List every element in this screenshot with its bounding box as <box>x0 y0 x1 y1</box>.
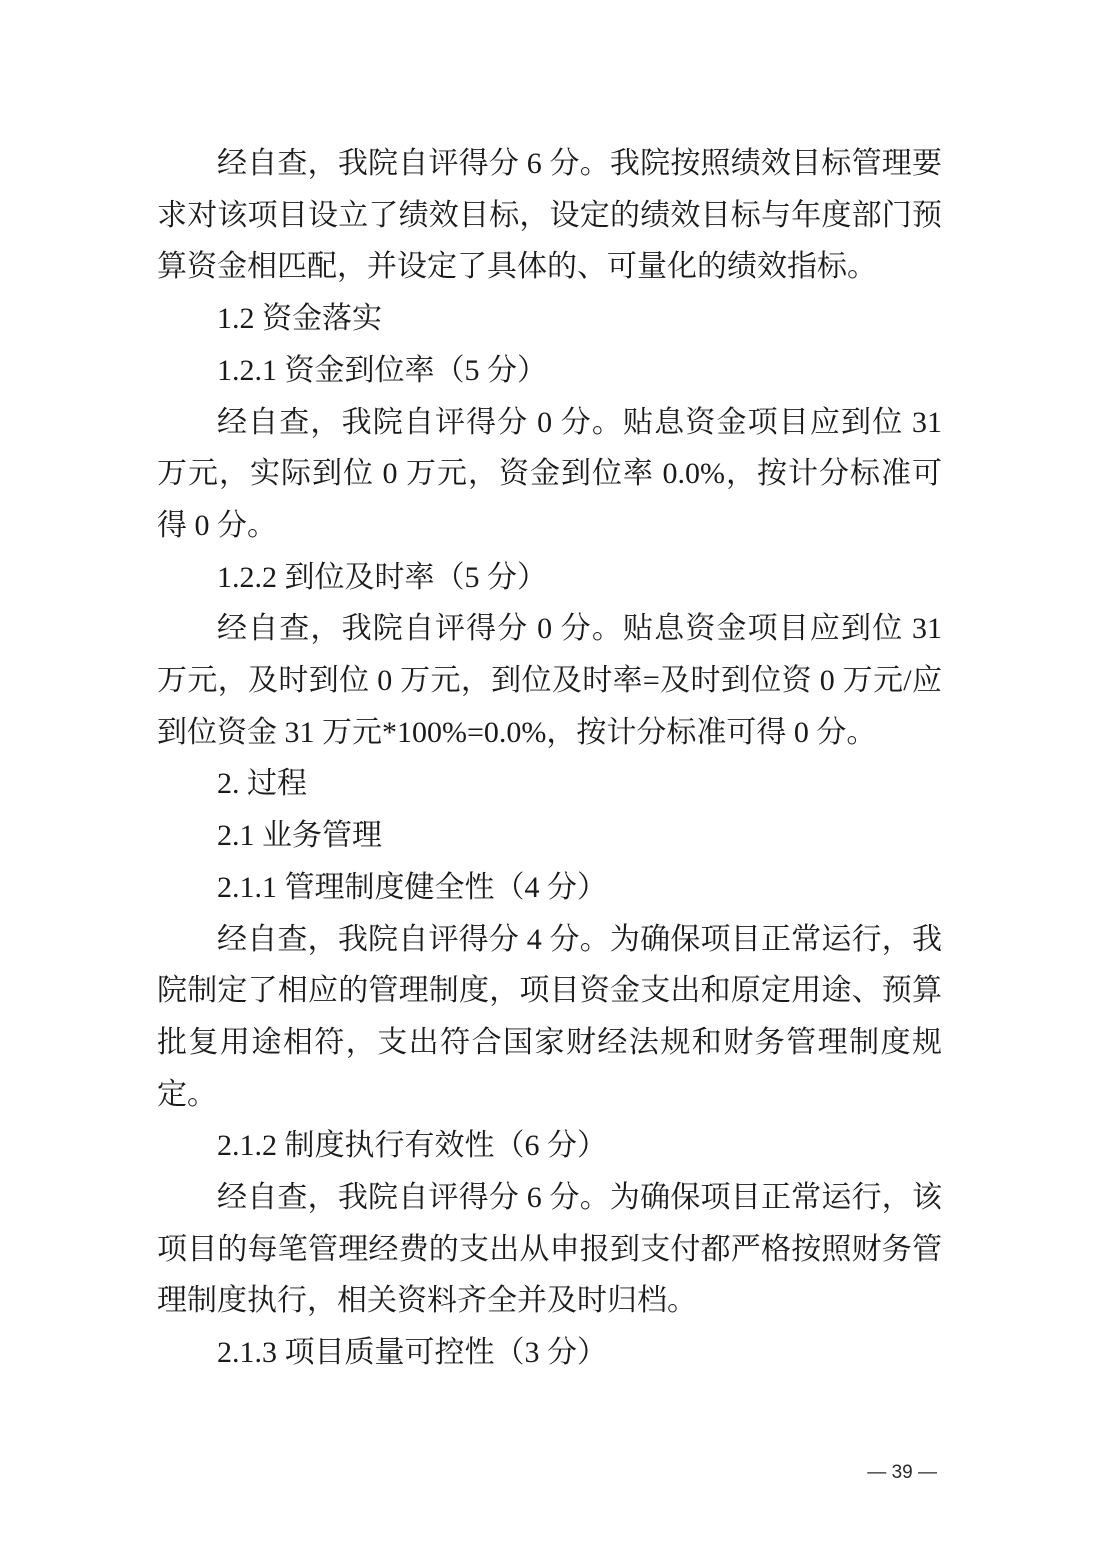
heading-2-1-1-management-system-completeness: 2.1.1 管理制度健全性（4 分） <box>157 862 942 914</box>
heading-2-1-business-management: 2.1 业务管理 <box>157 810 942 862</box>
heading-2-1-2-system-execution-effectiveness: 2.1.2 制度执行有效性（6 分） <box>157 1120 942 1172</box>
paragraph-funds-in-place-rate-self-eval: 经自查，我院自评得分 0 分。贴息资金项目应到位 31 万元，实际到位 0 万元… <box>157 397 942 552</box>
paragraph-management-system-self-eval: 经自查，我院自评得分 4 分。为确保项目正常运行，我院制定了相应的管理制度，项目… <box>157 914 942 1121</box>
heading-1-2-1-funds-in-place-rate: 1.2.1 资金到位率（5 分） <box>157 345 942 397</box>
heading-2-process: 2. 过程 <box>157 758 942 810</box>
heading-2-1-3-project-quality-controllability: 2.1.3 项目质量可控性（3 分） <box>157 1327 942 1379</box>
paragraph-timeliness-rate-self-eval: 经自查，我院自评得分 0 分。贴息资金项目应到位 31 万元，及时到位 0 万元… <box>157 603 942 758</box>
paragraph-performance-target-self-eval: 经自查，我院自评得分 6 分。我院按照绩效目标管理要求对该项目设立了绩效目标，设… <box>157 138 942 293</box>
document-page: 经自查，我院自评得分 6 分。我院按照绩效目标管理要求对该项目设立了绩效目标，设… <box>0 0 1100 1555</box>
document-body: 经自查，我院自评得分 6 分。我院按照绩效目标管理要求对该项目设立了绩效目标，设… <box>157 138 942 1379</box>
heading-1-2-funds-implementation: 1.2 资金落实 <box>157 293 942 345</box>
page-footer: — 39 — <box>867 1460 937 1486</box>
page-number: — 39 — <box>867 1462 937 1483</box>
heading-1-2-2-timeliness-rate: 1.2.2 到位及时率（5 分） <box>157 552 942 604</box>
paragraph-system-execution-self-eval: 经自查，我院自评得分 6 分。为确保项目正常运行，该项目的每笔管理经费的支出从申… <box>157 1172 942 1327</box>
